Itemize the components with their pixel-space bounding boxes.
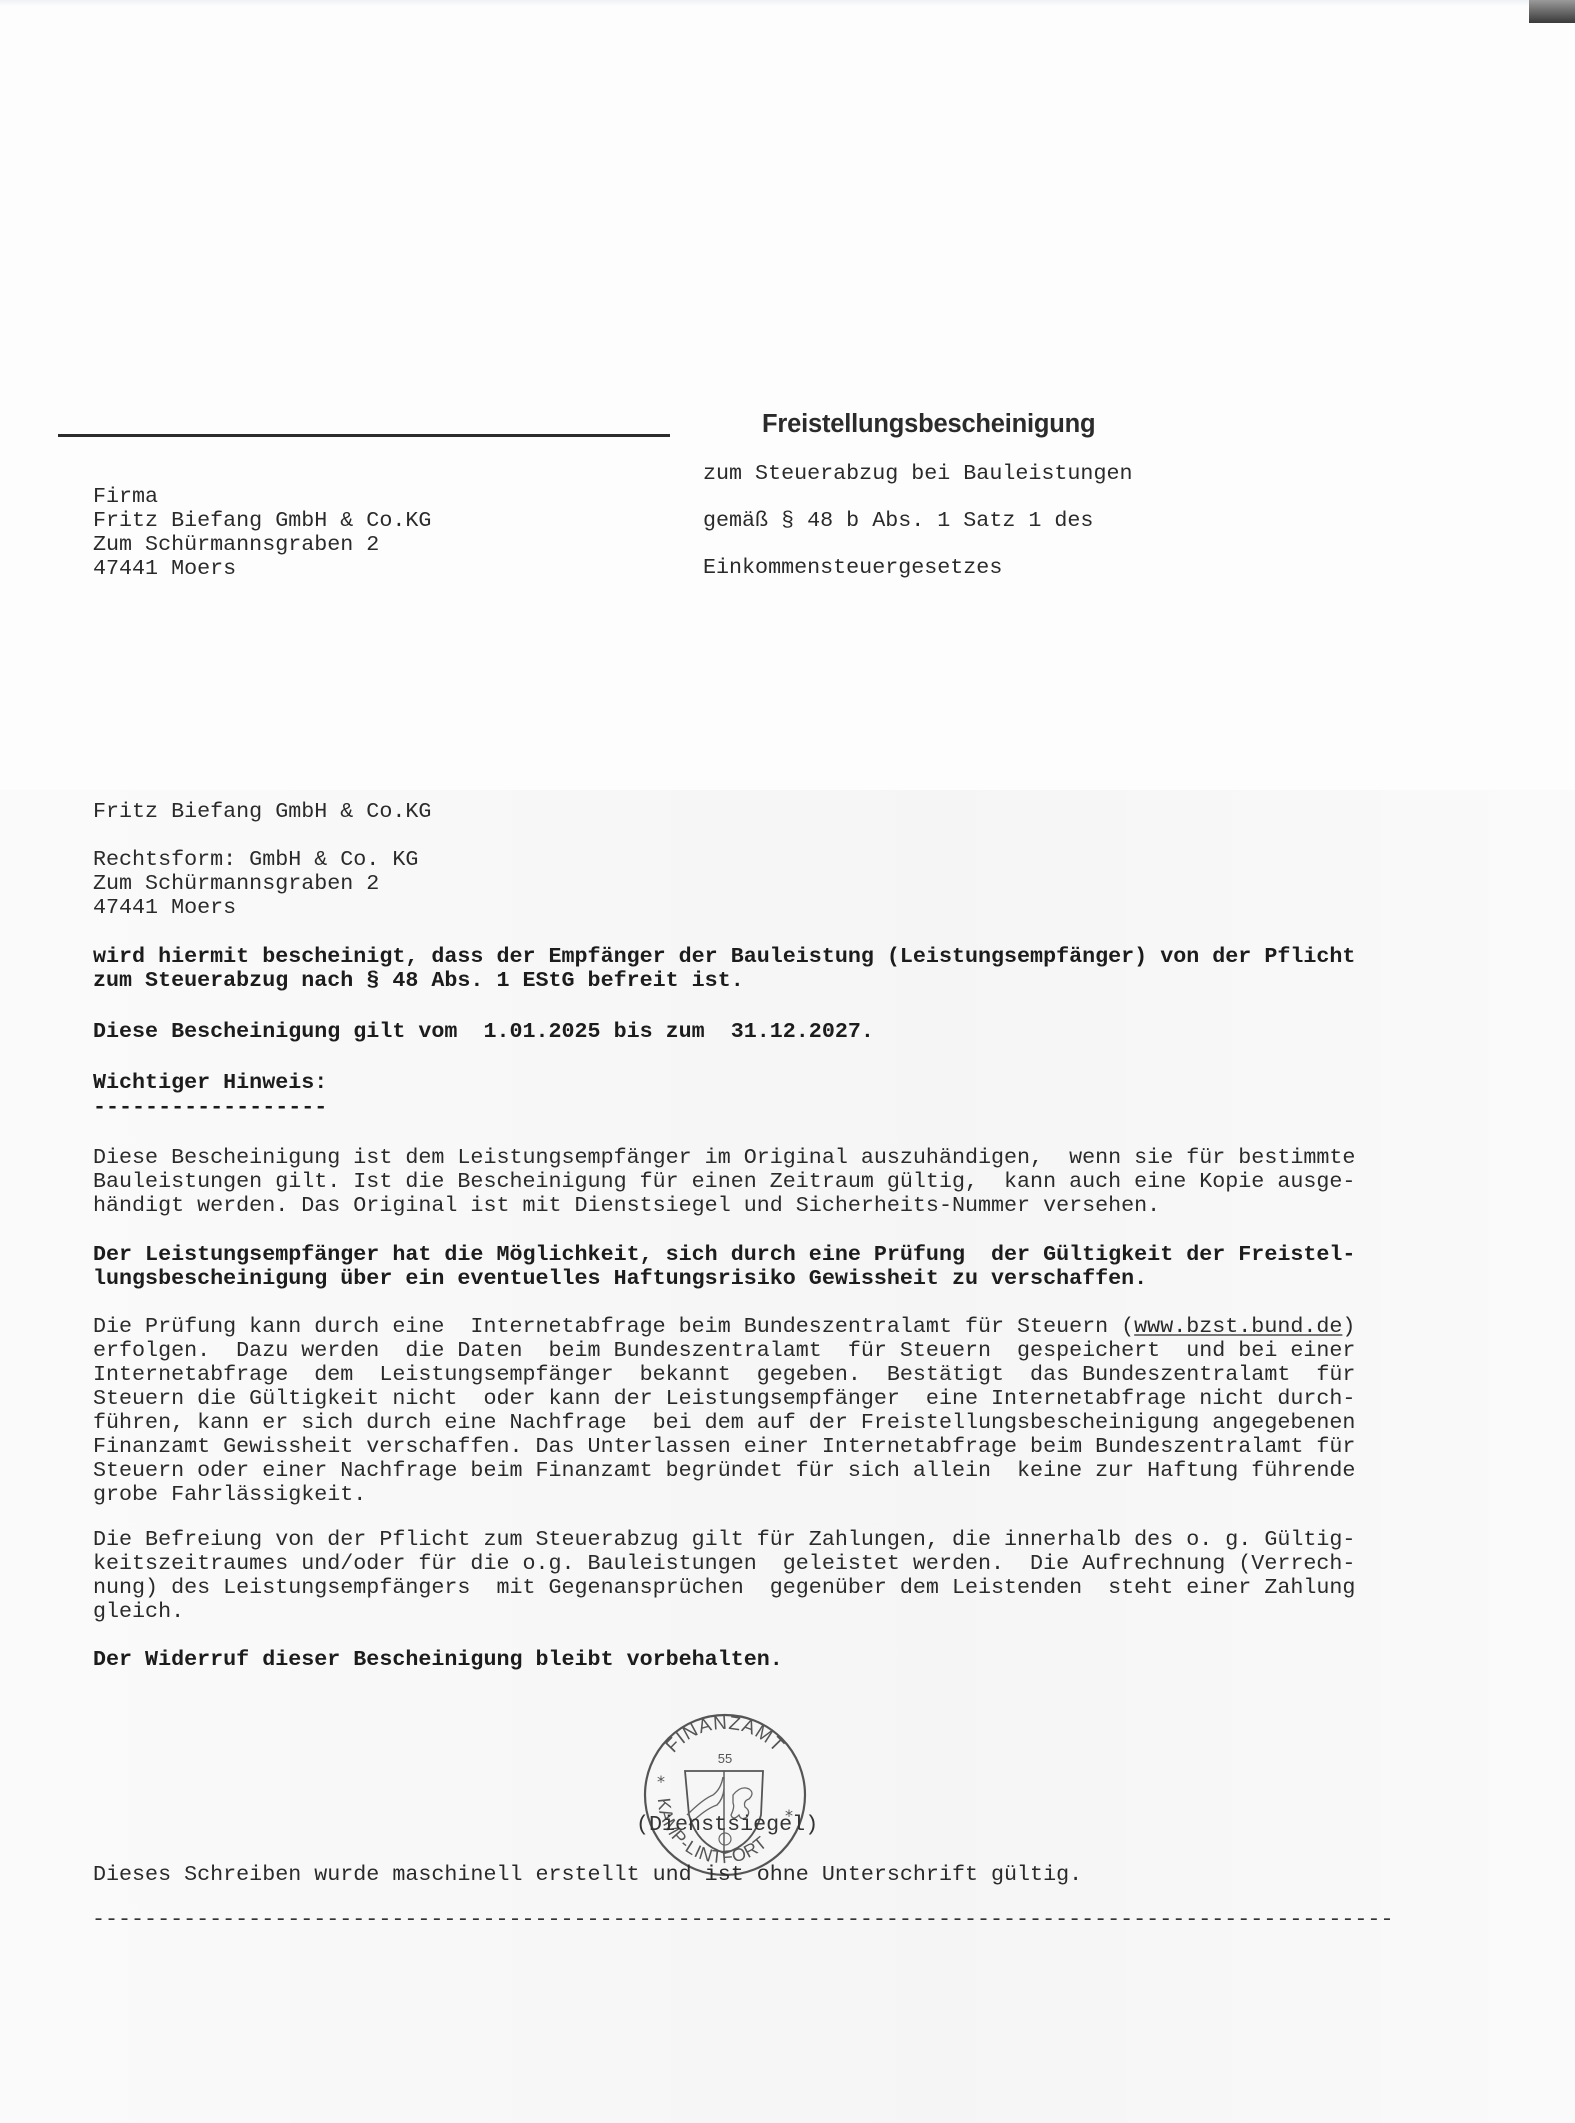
- address-line: Zum Schürmannsgraben 2: [93, 533, 1393, 557]
- paragraph-line: Finanzamt Gewissheit verschaffen. Das Un…: [93, 1435, 1393, 1459]
- bzst-link[interactable]: www.bzst.bund.de: [1134, 1314, 1342, 1339]
- address-line: Fritz Biefang GmbH & Co.KG: [93, 509, 1393, 533]
- paragraph-line: Internetabfrage dem Leistungsempfänger b…: [93, 1363, 1393, 1387]
- paragraph-line: Steuern oder einer Nachfrage beim Finanz…: [93, 1459, 1393, 1483]
- validity-statement: Diese Bescheinigung gilt vom 1.01.2025 b…: [93, 1020, 874, 1044]
- document-title: Freistellungsbescheinigung: [762, 408, 1095, 440]
- paragraph-line: Steuern die Gültigkeit nicht oder kann d…: [93, 1387, 1393, 1411]
- recipient-city: 47441 Moers: [93, 896, 1393, 920]
- header-rule: [58, 434, 670, 437]
- footer-note: Dieses Schreiben wurde maschinell erstel…: [93, 1863, 1082, 1887]
- paragraph-line: grobe Fahrlässigkeit.: [93, 1483, 1393, 1507]
- recipient-name: Fritz Biefang GmbH & Co.KG: [93, 800, 431, 824]
- paragraph-line: erfolgen. Dazu werden die Daten beim Bun…: [93, 1339, 1393, 1363]
- paragraph-line: Der Leistungsempfänger hat die Möglichke…: [93, 1243, 1393, 1267]
- paragraph-line: händigt werden. Das Original ist mit Die…: [93, 1194, 1393, 1218]
- paragraph-text: ): [1342, 1314, 1355, 1339]
- paragraph-line: keitszeitraumes und/oder für die o.g. Ba…: [93, 1552, 1393, 1576]
- paragraph-line: nung) des Leistungsempfängers mit Gegena…: [93, 1576, 1393, 1600]
- certification-line: zum Steuerabzug nach § 48 Abs. 1 EStG be…: [93, 969, 1393, 993]
- paragraph-original-copy: Diese Bescheinigung ist dem Leistungsemp…: [93, 1146, 1393, 1218]
- certification-statement: wird hiermit bescheinigt, dass der Empfä…: [93, 945, 1393, 993]
- paragraph-line: Diese Bescheinigung ist dem Leistungsemp…: [93, 1146, 1393, 1170]
- recipient-street: Zum Schürmannsgraben 2: [93, 872, 1393, 896]
- paragraph-line: Die Befreiung von der Pflicht zum Steuer…: [93, 1528, 1393, 1552]
- address-block: Firma Fritz Biefang GmbH & Co.KG Zum Sch…: [93, 485, 1393, 581]
- svg-text:*: *: [657, 1772, 665, 1791]
- address-line: 47441 Moers: [93, 557, 1393, 581]
- recipient-legal-form: Rechtsform: GmbH & Co. KG: [93, 848, 1393, 872]
- paragraph-exemption-scope: Die Befreiung von der Pflicht zum Steuer…: [93, 1528, 1393, 1624]
- paragraph-line: führen, kann er sich durch eine Nachfrag…: [93, 1411, 1393, 1435]
- notice-underline: ------------------: [93, 1096, 327, 1120]
- official-seal-icon: FINANZAMT KAMP-LINTFORT * * 55: [633, 1703, 817, 1887]
- paragraph-verification-option: Der Leistungsempfänger hat die Möglichke…: [93, 1243, 1393, 1291]
- svg-text:55: 55: [718, 1751, 732, 1766]
- seal-label: (Dienstsiegel): [636, 1813, 818, 1837]
- paragraph-line: gleich.: [93, 1600, 1393, 1624]
- footer-rule: ----------------------------------------…: [92, 1908, 1393, 1932]
- paragraph-text: Die Prüfung kann durch eine Internetabfr…: [93, 1314, 1134, 1339]
- paragraph-line: Die Prüfung kann durch eine Internetabfr…: [93, 1315, 1393, 1339]
- paragraph-online-check: Die Prüfung kann durch eine Internetabfr…: [93, 1315, 1393, 1507]
- notice-heading: Wichtiger Hinweis:: [93, 1071, 327, 1095]
- address-line: Firma: [93, 485, 1393, 509]
- paragraph-line: lungsbescheinigung über ein eventuelles …: [93, 1267, 1393, 1291]
- recipient-address: Rechtsform: GmbH & Co. KG Zum Schürmanns…: [93, 848, 1393, 920]
- subtitle-line-1: zum Steuerabzug bei Bauleistungen: [703, 462, 1132, 486]
- paragraph-line: Bauleistungen gilt. Ist die Bescheinigun…: [93, 1170, 1393, 1194]
- scan-edge: [0, 0, 1575, 6]
- scan-corner-artifact: [1529, 0, 1575, 23]
- certification-line: wird hiermit bescheinigt, dass der Empfä…: [93, 945, 1393, 969]
- revocation-note: Der Widerruf dieser Bescheinigung bleibt…: [93, 1648, 783, 1672]
